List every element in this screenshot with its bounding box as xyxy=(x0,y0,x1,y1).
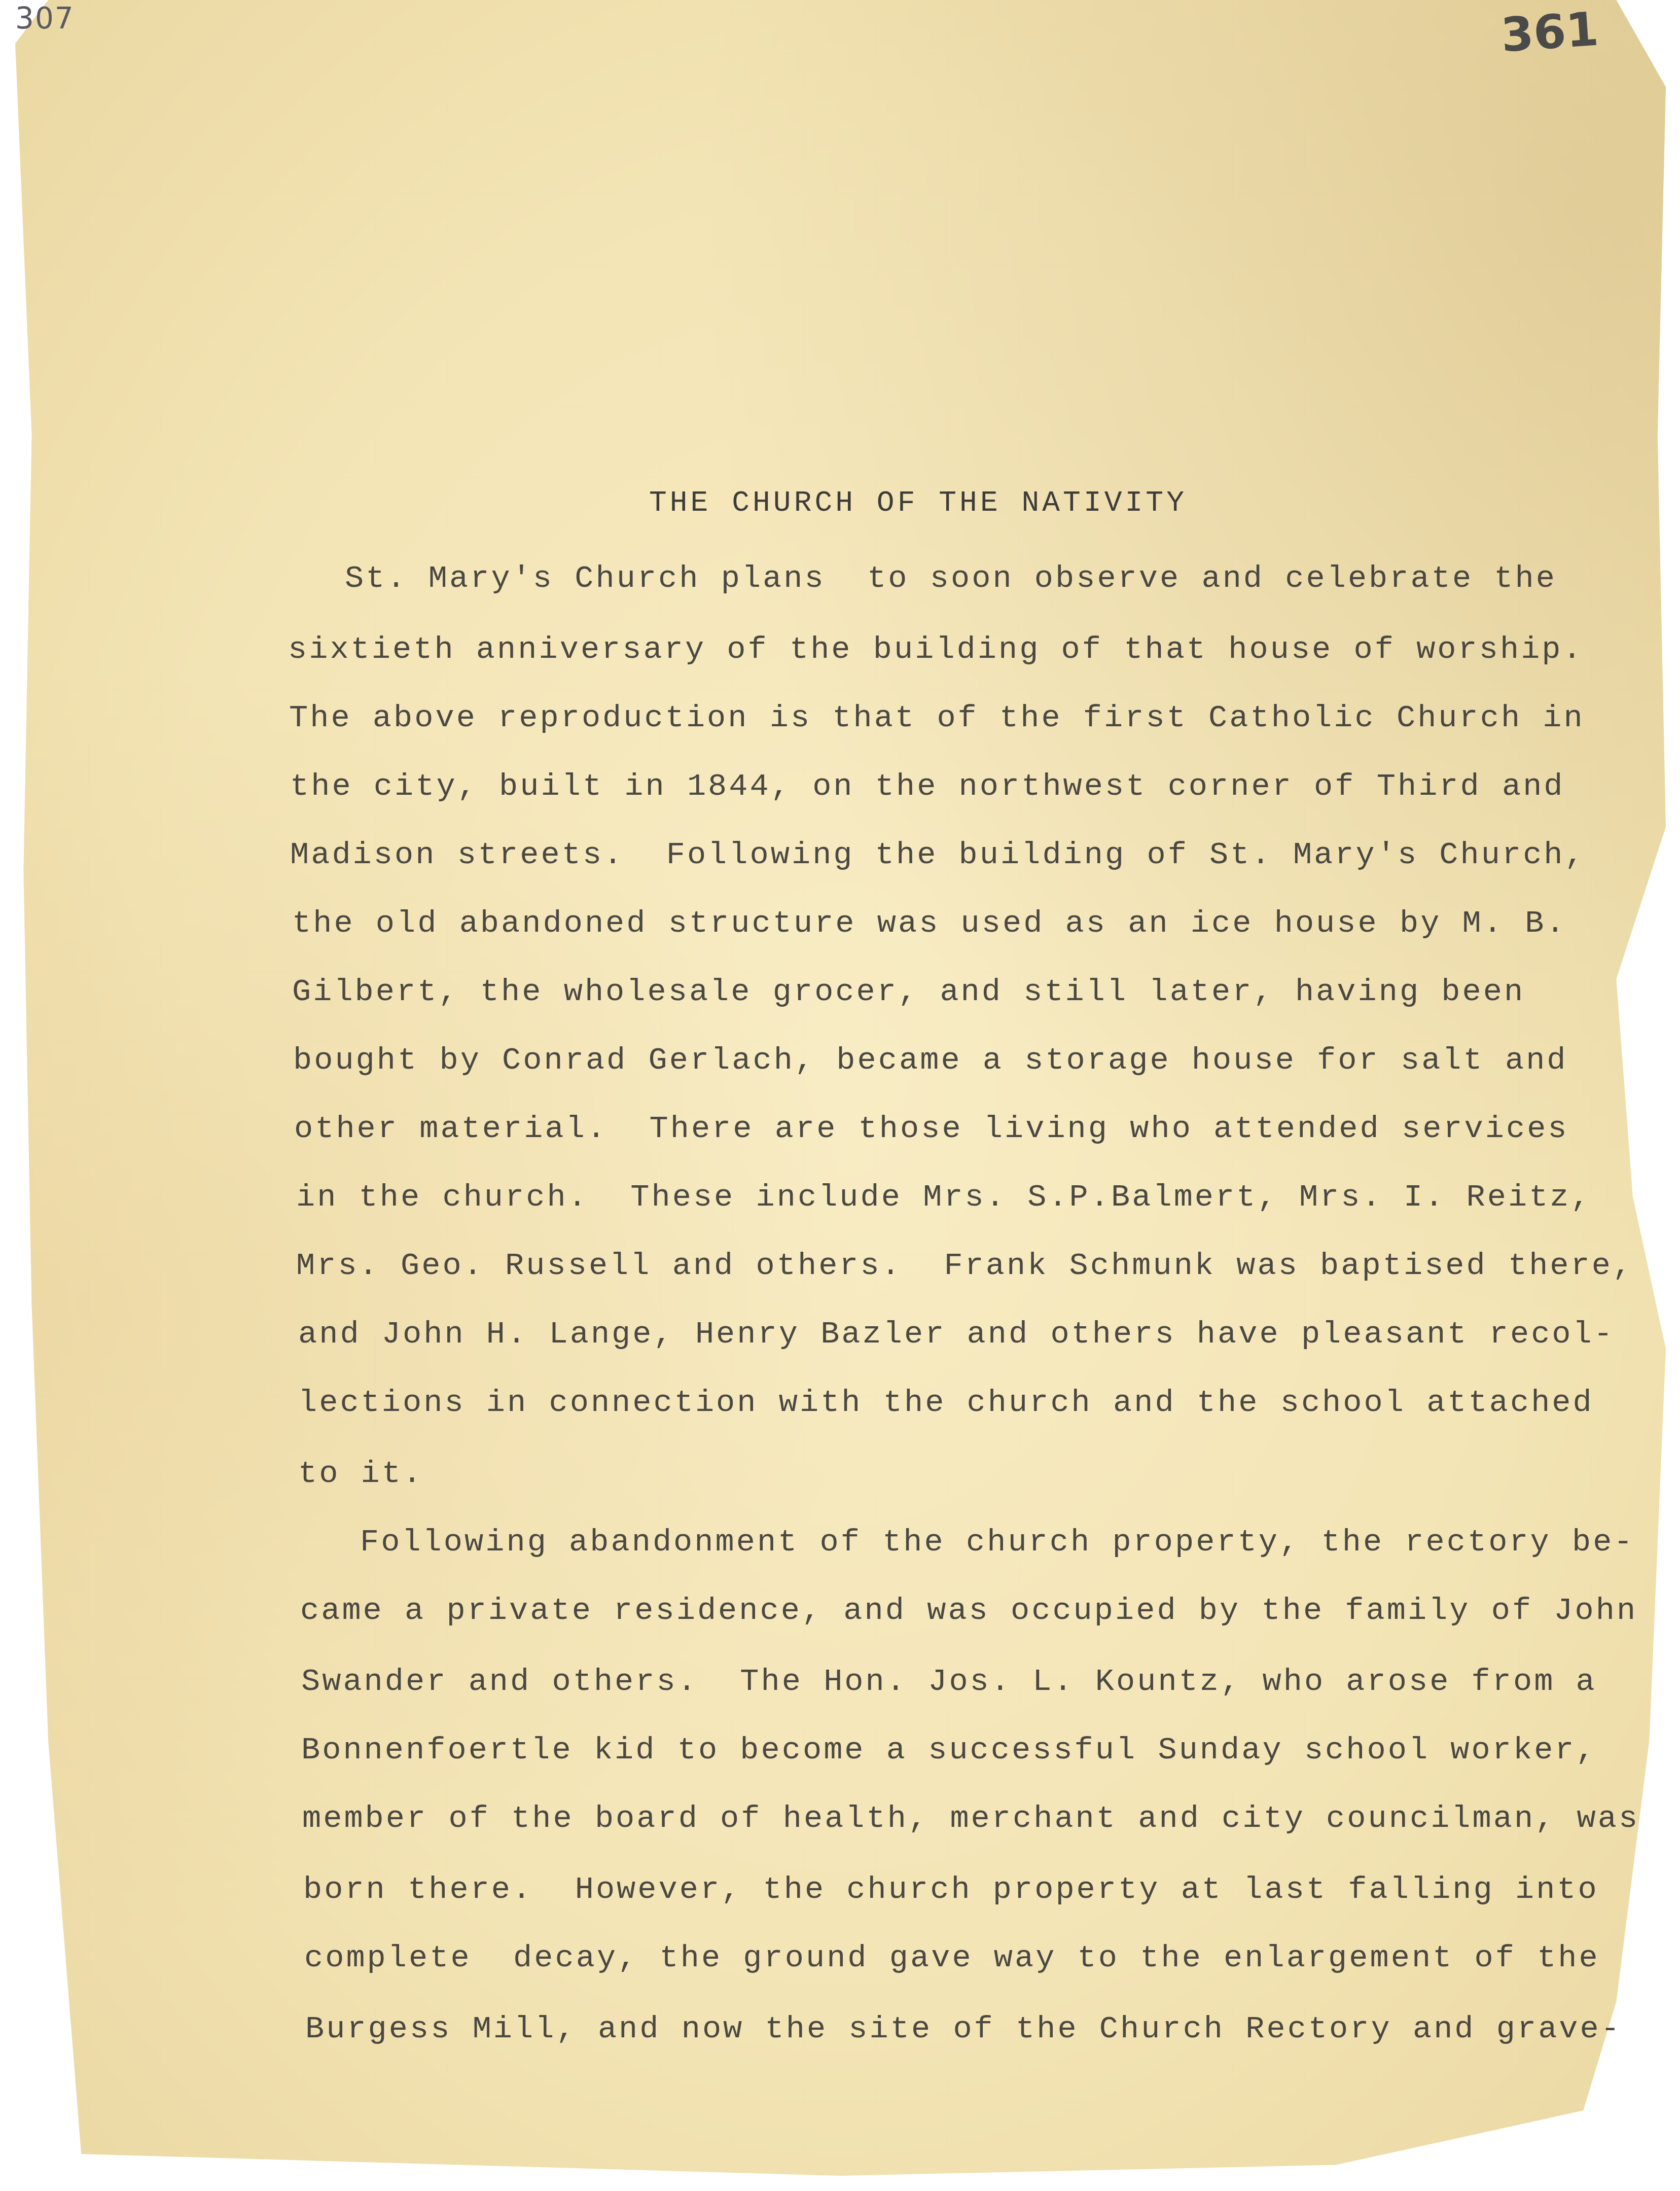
text-line: member of the board of health, merchant … xyxy=(302,1800,1639,1836)
text-line: Swander and others. The Hon. Jos. L. Kou… xyxy=(301,1664,1597,1700)
text-line: and John H. Lange, Henry Bazler and othe… xyxy=(298,1316,1615,1352)
text-line: came a private residence, and was occupi… xyxy=(300,1593,1637,1629)
text-line: Bonnenfoertle kid to become a successful… xyxy=(301,1732,1597,1768)
text-line: born there. However, the church property… xyxy=(303,1871,1599,1907)
text-line: the city, built in 1844, on the northwes… xyxy=(290,768,1565,804)
text-line: Gilbert, the wholesale grocer, and still… xyxy=(292,974,1525,1010)
paper-page xyxy=(15,0,1666,2176)
text-line: Mrs. Geo. Russell and others. Frank Schm… xyxy=(296,1248,1633,1284)
text-line: St. Mary's Church plans to soon observe … xyxy=(345,560,1557,596)
text-line: sixtieth anniversary of the building of … xyxy=(288,631,1584,667)
text-line: Madison streets. Following the building … xyxy=(290,837,1586,873)
document-title: THE CHURCH OF THE NATIVITY xyxy=(649,487,1187,520)
text-line: Following abandonment of the church prop… xyxy=(360,1524,1635,1560)
text-line: other material. There are those living w… xyxy=(294,1111,1569,1147)
text-line: Burgess Mill, and now the site of the Ch… xyxy=(305,2011,1622,2047)
text-line: the old abandoned structure was used as … xyxy=(292,905,1567,941)
text-line: The above reproduction is that of the fi… xyxy=(289,700,1585,736)
text-line: to it. xyxy=(298,1456,423,1492)
text-line: in the church. These include Mrs. S.P.Ba… xyxy=(296,1179,1592,1215)
handwritten-page-number: 361 xyxy=(1499,2,1600,62)
text-line: bought by Conrad Gerlach, became a stora… xyxy=(293,1042,1568,1078)
text-line: complete decay, the ground gave way to t… xyxy=(304,1940,1600,1976)
text-line: lections in connection with the church a… xyxy=(298,1385,1594,1421)
folio-stamp: 307 xyxy=(15,1,75,36)
